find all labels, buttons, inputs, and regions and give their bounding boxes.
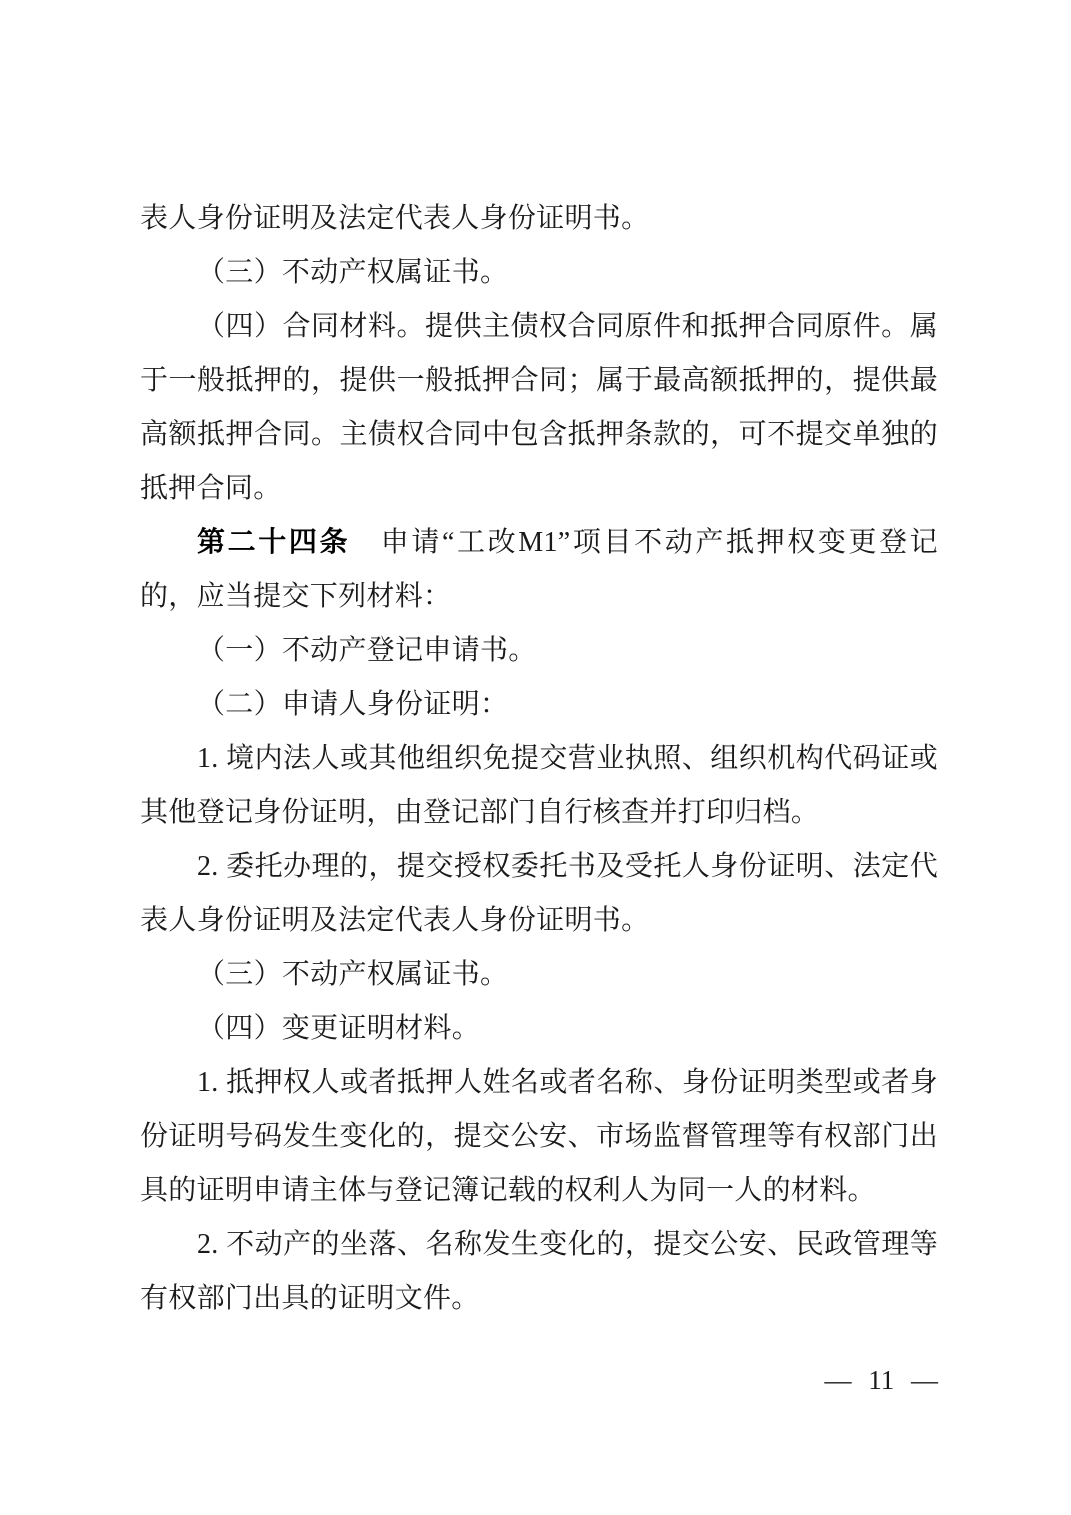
- text-span: 申请“工改M1”项目不动产抵押权变更登记: [350, 527, 938, 558]
- document-page: 表人身份证明及法定代表人身份证明书。 （三）不动产权属证书。 （四）合同材料。提…: [0, 0, 1071, 1515]
- text-line: 表人身份证明及法定代表人身份证明书。: [140, 894, 938, 948]
- text-line: 其他登记身份证明，由登记部门自行核查并打印归档。: [140, 786, 938, 840]
- text-line: 具的证明申请主体与登记簿记载的权利人为同一人的材料。: [140, 1164, 938, 1218]
- paragraph: 1. 抵押权人或者抵押人姓名或者名称、身份证明类型或者身 份证明号码发生变化的，…: [140, 1056, 938, 1218]
- paragraph: （四）变更证明材料。: [140, 1002, 938, 1056]
- text-line: （三）不动产权属证书。: [140, 246, 938, 300]
- text-line: 第二十四条 申请“工改M1”项目不动产抵押权变更登记: [140, 516, 938, 570]
- text-line: 份证明号码发生变化的，提交公安、市场监督管理等有权部门出: [140, 1110, 938, 1164]
- paragraph: （四）合同材料。提供主债权合同原件和抵押合同原件。属 于一般抵押的，提供一般抵押…: [140, 300, 938, 516]
- page-number: — 11 —: [825, 1363, 939, 1397]
- text-line: （三）不动产权属证书。: [140, 948, 938, 1002]
- article-number-heading: 第二十四条: [197, 527, 350, 558]
- paragraph: 2. 不动产的坐落、名称发生变化的，提交公安、民政管理等 有权部门出具的证明文件…: [140, 1218, 938, 1326]
- text-line: 于一般抵押的，提供一般抵押合同；属于最高额抵押的，提供最: [140, 354, 938, 408]
- text-line: （四）合同材料。提供主债权合同原件和抵押合同原件。属: [140, 300, 938, 354]
- paragraph: 2. 委托办理的，提交授权委托书及受托人身份证明、法定代 表人身份证明及法定代表…: [140, 840, 938, 948]
- paragraph-article-24: 第二十四条 申请“工改M1”项目不动产抵押权变更登记 的，应当提交下列材料：: [140, 516, 938, 624]
- text-line: 表人身份证明及法定代表人身份证明书。: [140, 192, 938, 246]
- text-line: 抵押合同。: [140, 462, 938, 516]
- paragraph: （三）不动产权属证书。: [140, 246, 938, 300]
- text-line: 高额抵押合同。主债权合同中包含抵押条款的，可不提交单独的: [140, 408, 938, 462]
- paragraph: （二）申请人身份证明：: [140, 678, 938, 732]
- paragraph: 表人身份证明及法定代表人身份证明书。: [140, 192, 938, 246]
- text-line: （四）变更证明材料。: [140, 1002, 938, 1056]
- text-line: 1. 境内法人或其他组织免提交营业执照、组织机构代码证或: [140, 732, 938, 786]
- text-line: （一）不动产登记申请书。: [140, 624, 938, 678]
- document-text-block: 表人身份证明及法定代表人身份证明书。 （三）不动产权属证书。 （四）合同材料。提…: [140, 192, 938, 1326]
- paragraph: （三）不动产权属证书。: [140, 948, 938, 1002]
- text-line: （二）申请人身份证明：: [140, 678, 938, 732]
- text-line: 2. 不动产的坐落、名称发生变化的，提交公安、民政管理等: [140, 1218, 938, 1272]
- paragraph: 1. 境内法人或其他组织免提交营业执照、组织机构代码证或 其他登记身份证明，由登…: [140, 732, 938, 840]
- text-line: 1. 抵押权人或者抵押人姓名或者名称、身份证明类型或者身: [140, 1056, 938, 1110]
- text-line: 的，应当提交下列材料：: [140, 570, 938, 624]
- paragraph: （一）不动产登记申请书。: [140, 624, 938, 678]
- text-line: 2. 委托办理的，提交授权委托书及受托人身份证明、法定代: [140, 840, 938, 894]
- text-line: 有权部门出具的证明文件。: [140, 1272, 938, 1326]
